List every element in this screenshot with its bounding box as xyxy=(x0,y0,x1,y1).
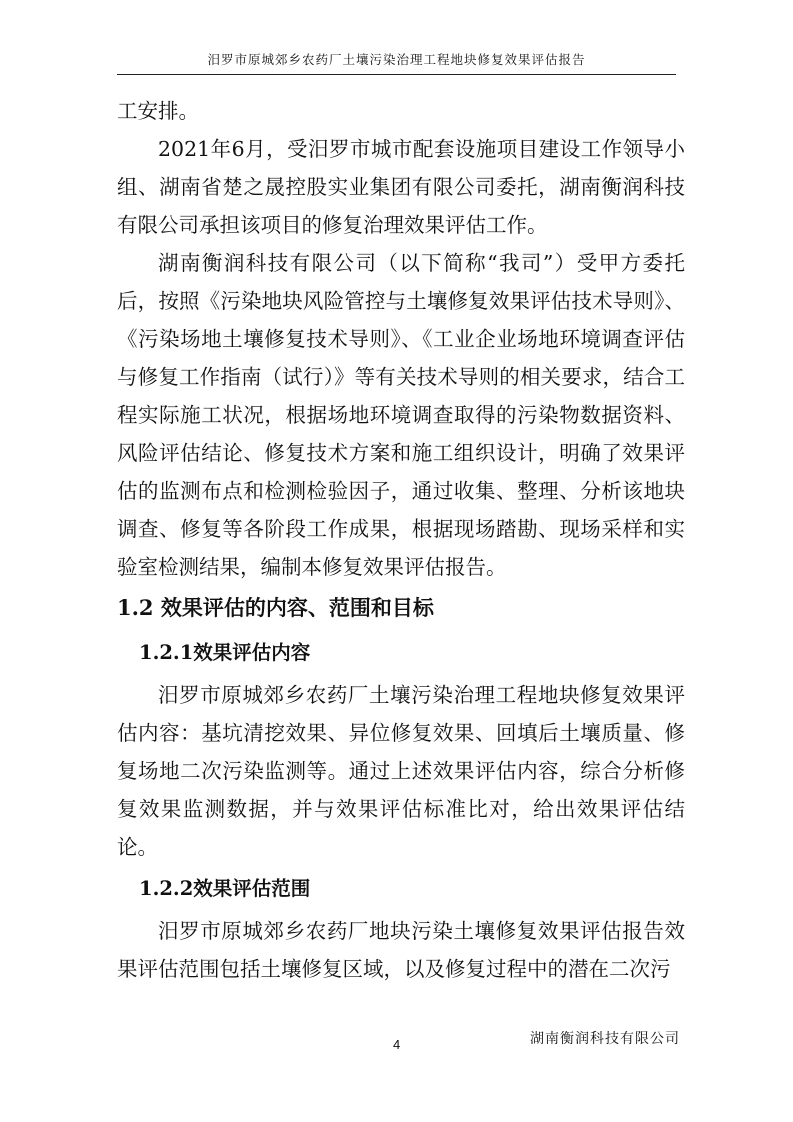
paragraph: 工安排。 xyxy=(117,92,685,130)
subsection-heading: 1.2.2效果评估范围 xyxy=(117,866,685,912)
paragraph: 汨罗市原城郊乡农药厂地块污染土壤修复效果评估报告效果评估范围包括土壤修复区域，以… xyxy=(117,912,685,988)
paragraph: 汨罗市原城郊乡农药厂土壤污染治理工程地块修复效果评估内容：基坑清挖效果、异位修复… xyxy=(117,676,685,866)
paragraph: 湖南衡润科技有限公司（以下简称“我司”）受甲方委托后，按照《污染地块风险管控与土… xyxy=(117,244,685,586)
section-heading: 1.2 效果评估的内容、范围和目标 xyxy=(117,586,685,630)
footer-company: 湖南衡润科技有限公司 xyxy=(530,1028,680,1048)
document-body: 工安排。 2021年6月，受汨罗市城市配套设施项目建设工作领导小组、湖南省楚之晟… xyxy=(117,92,685,988)
paragraph: 2021年6月，受汨罗市城市配套设施项目建设工作领导小组、湖南省楚之晟控股实业集… xyxy=(117,130,685,244)
page-number: 4 xyxy=(393,1037,400,1052)
subsection-heading: 1.2.1效果评估内容 xyxy=(117,630,685,676)
running-header: 汨罗市原城郊乡农药厂土壤污染治理工程地块修复效果评估报告 xyxy=(117,50,676,75)
